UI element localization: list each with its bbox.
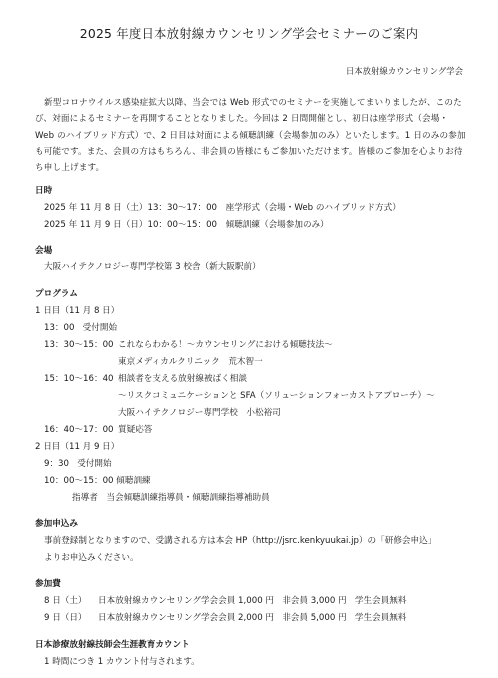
program-instructors: 指導者 当会傾聴訓練指導員・傾聴訓練指導補助員 (72, 491, 270, 503)
program-item: 13：30〜15：00これならわかる！〜カウンセリングにおける傾聴技法〜 (44, 338, 333, 350)
fee-day: 9 日（日） (44, 611, 98, 623)
program-item: 9：30 受付開始 (44, 457, 112, 469)
schedule-item-day2: 2025 年 11 月 9 日（日）10：00〜15：00 傾聴訓練（会場参加の… (44, 218, 329, 230)
program-time: 9：30 (44, 459, 69, 469)
fee-nonmember: 非会員 5,000 円 (282, 613, 346, 623)
program-subtitle: 〜リスクコミュニケーションと SFA（ソリューションフォーカストアプローチ）〜 (118, 389, 435, 401)
fee-nonmember: 非会員 3,000 円 (282, 596, 346, 606)
fee-row: 8 日（土）日本放射線カウンセリング学会会員 1,000 円 非会員 3,000… (44, 594, 406, 606)
program-time: 16：40〜17：00 (44, 423, 118, 435)
fee-member: 日本放射線カウンセリング学会会員 2,000 円 (98, 613, 274, 623)
program-text: 相談者を支える放射線被ばく相談 (118, 374, 247, 384)
intro-paragraph: 新型コロナウイルス感染症拡大以降、当会では Web 形式でのセミナーを実施してま… (35, 95, 467, 176)
fee-day: 8 日（土） (44, 594, 98, 606)
program-item: 13：00 受付開始 (44, 321, 117, 333)
program-item: 10：00〜15：00 傾聴訓練 (44, 474, 151, 486)
fee-student: 学生会員無料 (355, 596, 407, 606)
schedule-heading: 日時 (35, 184, 52, 196)
program-text: 受付開始 (83, 323, 117, 333)
program-text: 質疑応答 (118, 425, 152, 435)
application-text-line1: 事前登録制となりますので、受講される方は本会 HP（http://jsrc.ke… (44, 534, 436, 546)
program-time: 10：00〜15：00 (44, 476, 114, 486)
application-text-line2: よりお申込みください。 (44, 551, 139, 563)
program-time: 15：10〜16：40 (44, 372, 118, 384)
credits-heading: 日本診療放射線技師会生涯教育カウント (35, 638, 190, 650)
venue-name: 大阪ハイテクノロジー専門学校第 3 校舎（新大阪駅前） (44, 260, 261, 272)
program-text: 受付開始 (77, 459, 111, 469)
schedule-item-day1: 2025 年 11 月 8 日（土）13：30〜17：00 座学形式（会場・We… (44, 201, 401, 213)
application-heading: 参加申込み (35, 517, 78, 529)
fees-heading: 参加費 (35, 577, 61, 589)
program-speaker: 大阪ハイテクノロジー専門学校 小松裕司 (118, 406, 281, 418)
program-day2-label: 2 日目（11 月 9 日） (35, 440, 119, 452)
document-page: 2025 年度日本放射線カウンセリング学会セミナーのご案内 日本放射線カウンセリ… (0, 0, 498, 678)
fee-student: 学生会員無料 (355, 613, 407, 623)
program-day1-label: 1 日目（11 月 8 日） (35, 304, 119, 316)
venue-heading: 会場 (35, 244, 52, 256)
program-text: これならわかる！〜カウンセリングにおける傾聴技法〜 (118, 340, 333, 350)
program-time: 13：00 (44, 323, 74, 333)
organizer-name: 日本放射線カウンセリング学会 (346, 65, 463, 77)
fee-member: 日本放射線カウンセリング学会会員 1,000 円 (98, 596, 274, 606)
program-time: 13：30〜15：00 (44, 338, 118, 350)
fee-row: 9 日（日）日本放射線カウンセリング学会会員 2,000 円 非会員 5,000… (44, 611, 406, 623)
document-title: 2025 年度日本放射線カウンセリング学会セミナーのご案内 (0, 24, 498, 42)
program-heading: プログラム (35, 287, 78, 299)
program-item: 15：10〜16：40相談者を支える放射線被ばく相談 (44, 372, 247, 384)
program-speaker: 東京メディカルクリニック 荒木智一 (118, 355, 263, 367)
credits-text: 1 時間につき 1 カウント付与されます。 (44, 655, 200, 667)
program-item: 16：40〜17：00質疑応答 (44, 423, 152, 435)
program-text: 傾聴訓練 (116, 476, 150, 486)
